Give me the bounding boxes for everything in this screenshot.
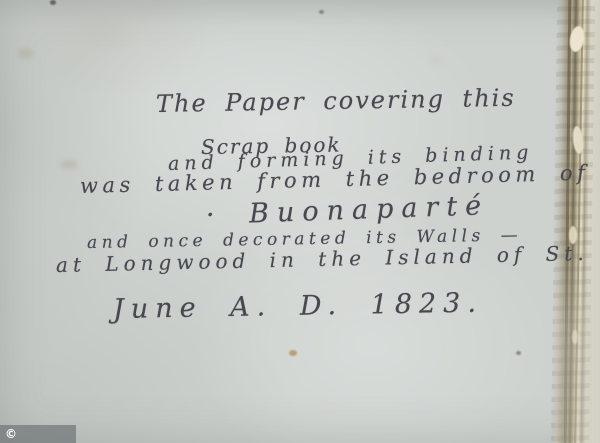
paper-highlight: [430, 56, 442, 64]
inscription-line-1: The Paper covering this: [156, 84, 516, 118]
foxing-spot: [516, 351, 521, 355]
foxing-spot: [319, 10, 324, 14]
scrapbook-page-photo: The Paper covering this Scrap book and f…: [0, 0, 600, 443]
foxing-spot: [18, 48, 34, 59]
inscription-line-5: · Buonaparté: [205, 190, 489, 231]
newsteam-watermark: © newsteam: [0, 425, 76, 443]
foxing-spot: [289, 350, 297, 356]
foxing-spot: [60, 160, 78, 169]
foxing-spot: [50, 0, 56, 5]
torn-edge-shading: [554, 0, 592, 443]
inscription-line-8: June A. D. 1823.: [113, 288, 483, 325]
torn-paper-fragment: [572, 330, 578, 344]
